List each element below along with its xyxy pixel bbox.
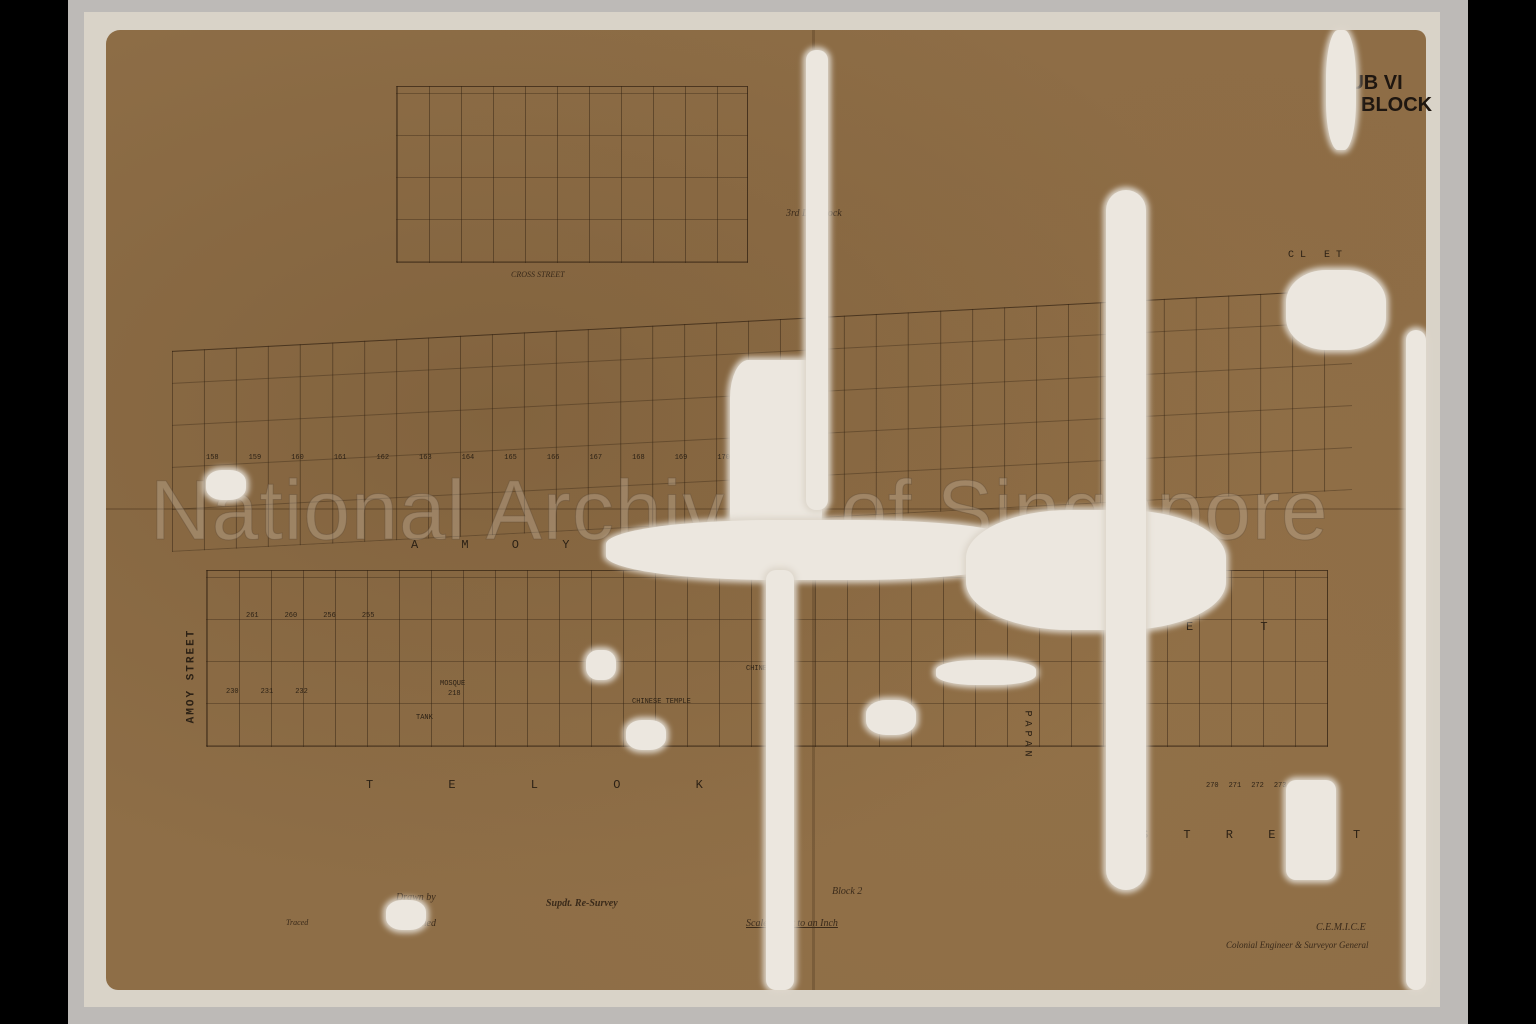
street-bottom: S T R E E T: [1141, 828, 1374, 842]
tear: [1406, 330, 1426, 990]
lot-number: 272: [1251, 782, 1264, 790]
lot-number: 164: [462, 454, 475, 462]
lot-number: 232: [295, 688, 308, 696]
lot-number: 161: [334, 454, 347, 462]
street-papan: PAPAN: [1022, 710, 1033, 760]
tear: [206, 470, 246, 500]
lot-number: 230: [226, 688, 239, 696]
tear: [966, 510, 1226, 630]
lot-number: 271: [1229, 782, 1242, 790]
street-cl: CL ET: [1288, 250, 1348, 261]
lot-number: 170: [717, 454, 730, 462]
street-amoy-vertical: AMOY STREET: [185, 629, 197, 724]
tear: [766, 570, 794, 990]
tear: [606, 520, 1026, 580]
lot-number: 166: [547, 454, 560, 462]
traced-note: Traced: [286, 918, 308, 927]
engineer-note: C.E.M.I.C.E: [1316, 922, 1366, 933]
amoy-south-lot-row: 230 231 232: [226, 688, 308, 696]
lot-number: 159: [249, 454, 262, 462]
lot-number: 162: [376, 454, 389, 462]
map-title-line2: BLOCK: [1361, 94, 1432, 117]
tear: [1326, 30, 1356, 150]
tear: [806, 50, 828, 510]
tear: [1286, 270, 1386, 350]
signature-note: Supdt. Re-Survey: [546, 898, 618, 909]
lot-number: 168: [632, 454, 645, 462]
lot-number: 270: [1206, 782, 1219, 790]
lot-number: 273: [1274, 782, 1287, 790]
lot-number: 231: [261, 688, 274, 696]
tear: [386, 900, 426, 930]
lot-number: 261: [246, 612, 259, 620]
lot-number: 167: [589, 454, 602, 462]
tank-label: TANK: [416, 714, 433, 722]
amoy-north-lot-row: 261 260 256 255: [246, 612, 374, 620]
engineer-title-note: Colonial Engineer & Surveyor General: [1226, 940, 1368, 950]
lot-number: 160: [291, 454, 304, 462]
lot-number: 255: [362, 612, 375, 620]
tear: [1286, 780, 1336, 880]
street-telok: T E L O K: [366, 778, 737, 792]
lot-number: 165: [504, 454, 517, 462]
lot-number: 163: [419, 454, 432, 462]
street-et: E T: [1186, 620, 1298, 634]
mosque-label: MOSQUE: [440, 680, 465, 688]
tear: [866, 700, 916, 735]
upper-lot-row: 158 159 160 161 162 163 164 165 166 167 …: [206, 454, 1206, 462]
upper-lot-block: [396, 86, 748, 263]
block-2-label: Block 2: [832, 886, 862, 897]
lot-number: 158: [206, 454, 219, 462]
tear: [1106, 190, 1146, 890]
lot-number: 256: [323, 612, 336, 620]
chinese-temple-label: CHINESE TEMPLE: [632, 698, 691, 706]
mosque-lot: 218: [448, 690, 461, 698]
lot-number: 260: [285, 612, 298, 620]
tear: [936, 660, 1036, 685]
upper-street-label: CROSS STREET: [511, 270, 565, 279]
lot-number: 169: [675, 454, 688, 462]
tear: [626, 720, 666, 750]
tear: [586, 650, 616, 680]
map-sheet: CROSS STREET 3rd Div Block A M O Y T E L…: [106, 30, 1426, 990]
